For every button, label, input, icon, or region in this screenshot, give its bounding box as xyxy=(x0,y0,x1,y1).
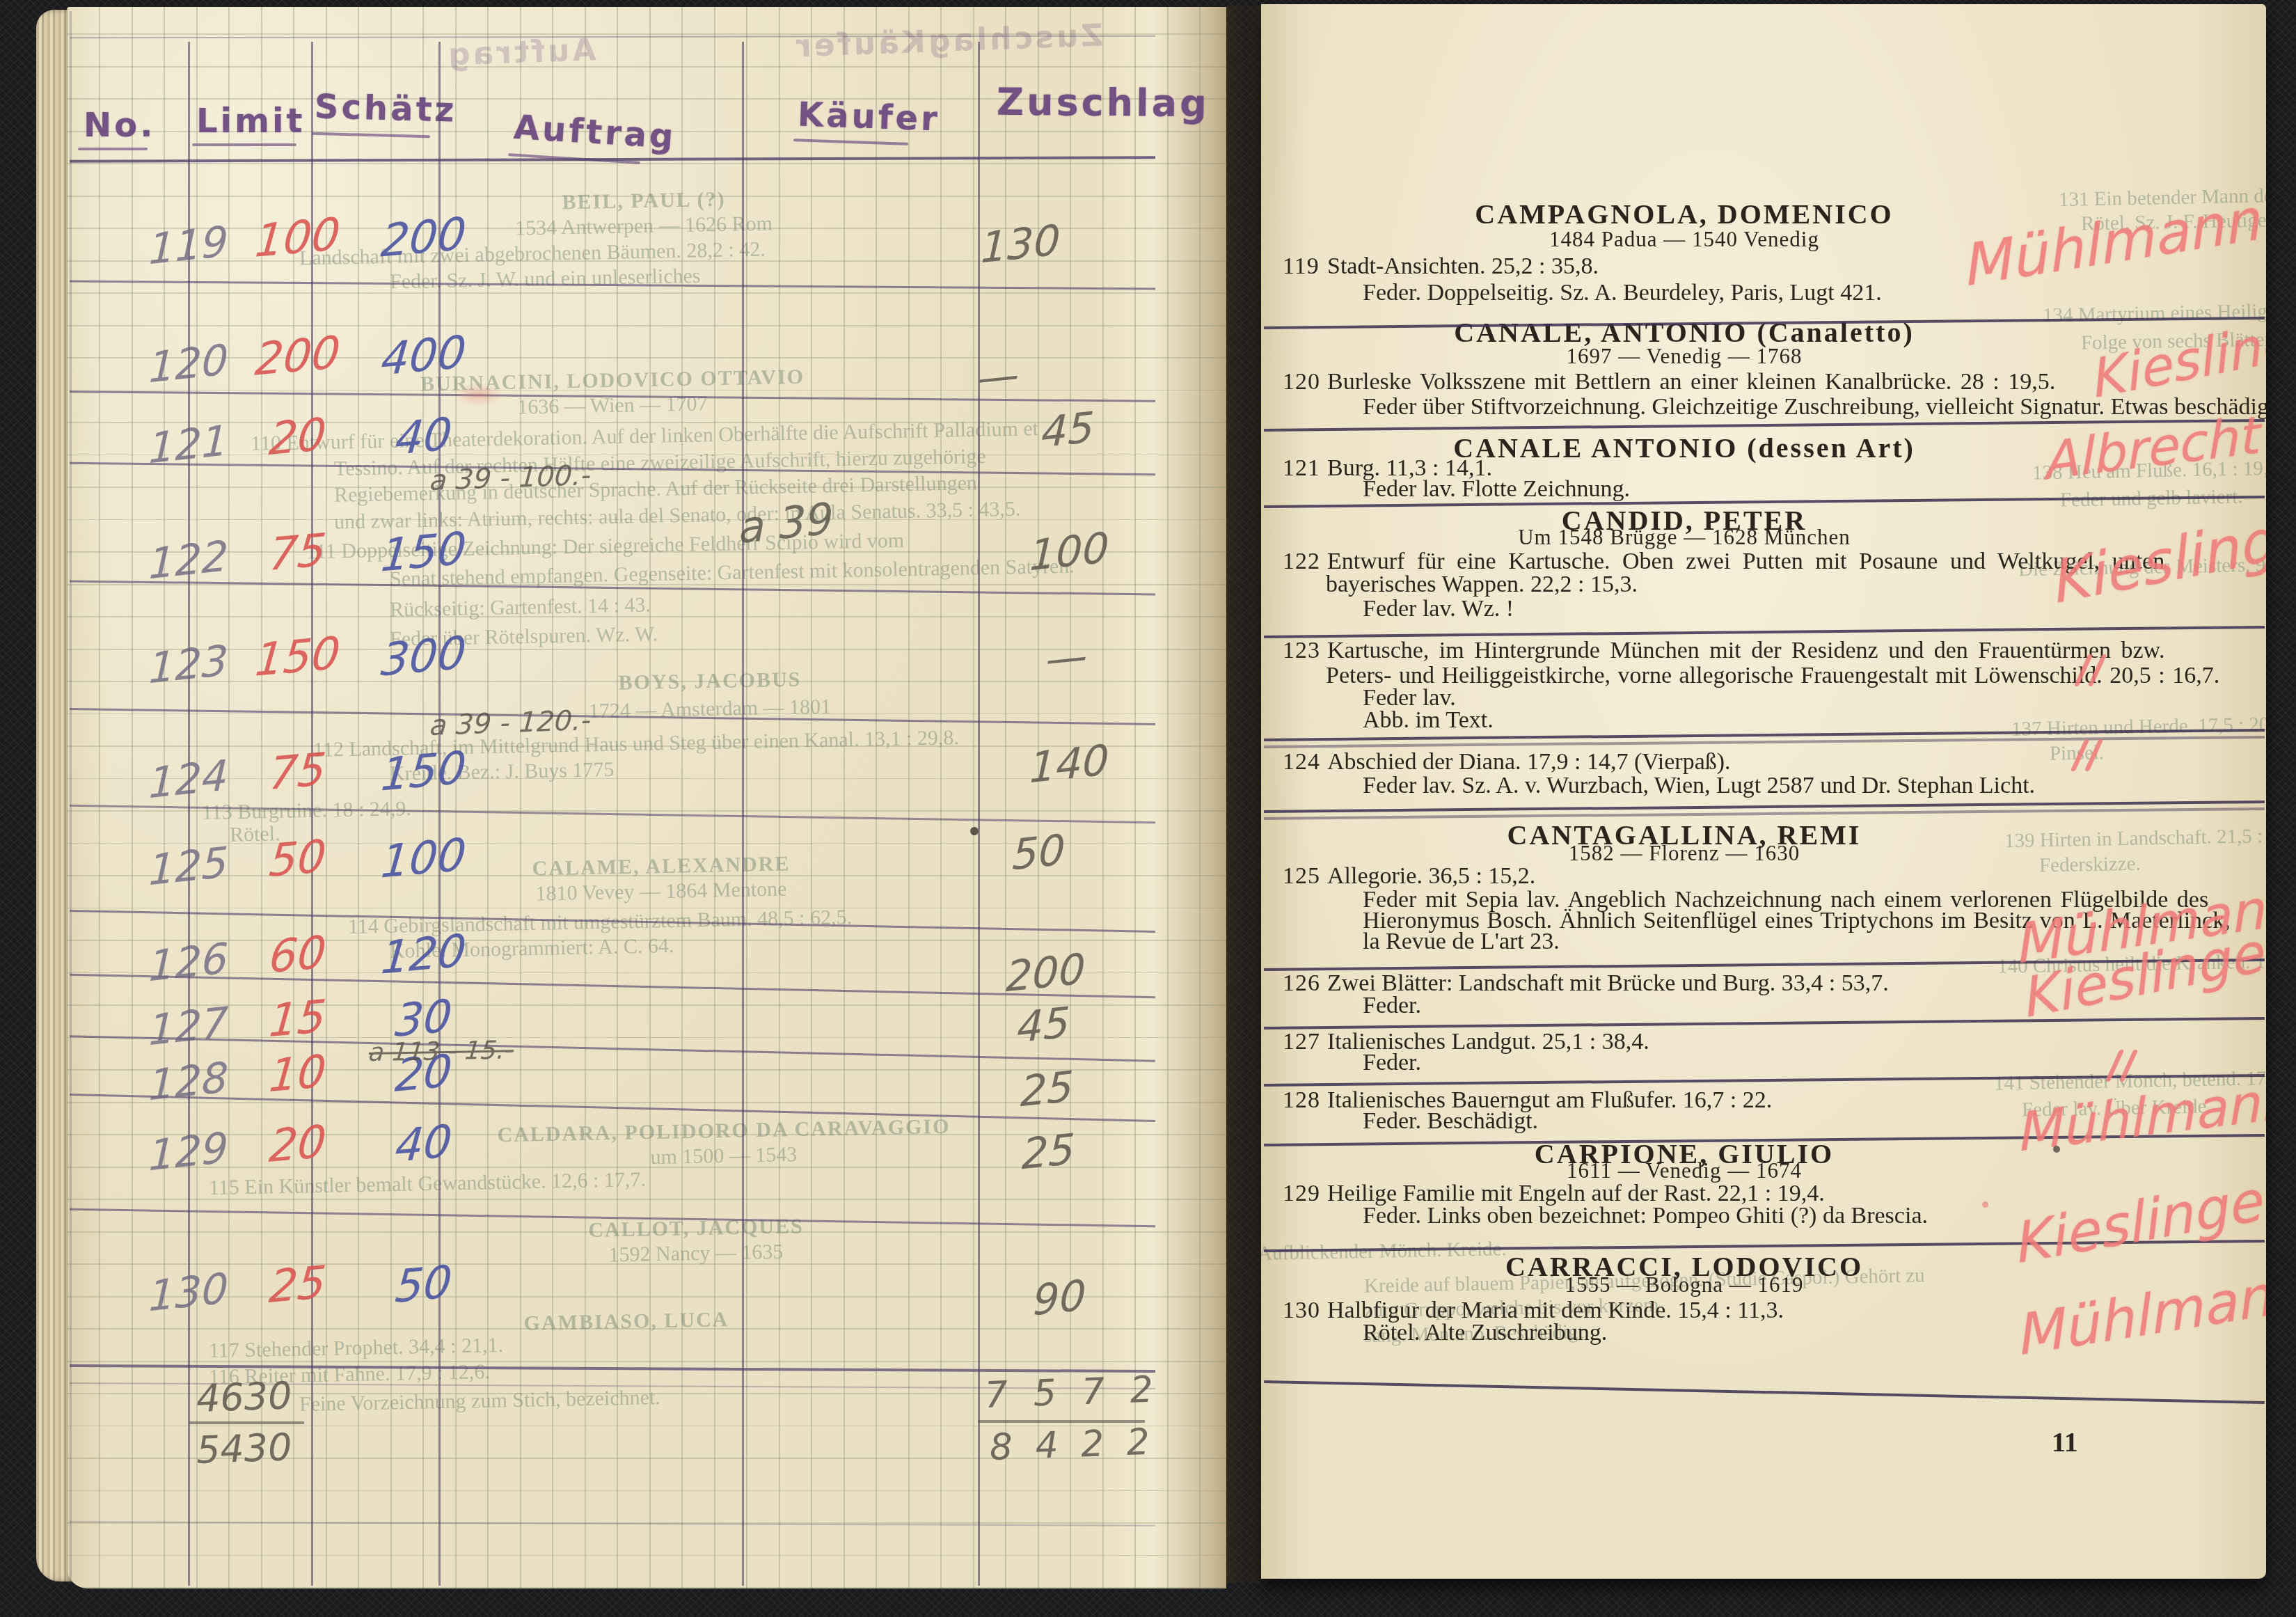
buyer-name: Kieslinger xyxy=(2052,494,2266,617)
limit-value: 20 xyxy=(226,405,370,469)
estimate-value: 120 xyxy=(349,922,499,987)
auftrag-annotation: a 113 - 15.- xyxy=(367,1036,515,1067)
lot-number: 120 xyxy=(148,336,229,393)
ledger-column-rule xyxy=(311,42,313,1586)
hammer-price: 45 xyxy=(977,994,1110,1057)
lot-number: 123 xyxy=(148,636,229,694)
limit-value: 25 xyxy=(226,1253,370,1317)
auftrag-annotation: a 39 xyxy=(739,493,834,554)
ledger-column-rule xyxy=(978,42,980,1586)
photo-of-open-auction-ledger: BEIL, PAUL (?)1534 Antwerpen — 1626 RomL… xyxy=(0,0,2296,1617)
column-header: No. xyxy=(84,106,155,145)
limit-total: 4630 xyxy=(196,1373,293,1421)
column-header-underline xyxy=(312,132,430,138)
zuschlag-total-corrected: 8 4 2 2 xyxy=(989,1421,1156,1469)
ledger-column-rule xyxy=(70,11,72,1586)
limit-value: 10 xyxy=(226,1042,370,1106)
column-header-underline xyxy=(78,148,148,150)
column-header: Auftrag xyxy=(513,108,678,157)
ledger-table: No.LimitSchätzAuftragKäuferZuschlag11910… xyxy=(67,7,1226,1588)
auftrag-annotation: a 39 - 120.- xyxy=(429,704,592,742)
ink-blot xyxy=(970,827,979,835)
column-header-underline xyxy=(793,139,908,145)
lot-number: 129 xyxy=(148,1123,229,1181)
ditto-mark xyxy=(2081,654,2113,689)
limit-total-corrected: 5430 xyxy=(196,1425,293,1472)
red-crayon-speck xyxy=(1982,1201,1988,1208)
ledger-row-rule xyxy=(70,910,1155,933)
lot-number: 128 xyxy=(148,1053,229,1111)
hammer-price: 45 xyxy=(1001,399,1134,462)
hammer-price: 25 xyxy=(981,1058,1114,1121)
ledger-column-rule xyxy=(188,42,190,1586)
estimate-value: 200 xyxy=(349,205,499,270)
binding-gutter-shadow xyxy=(1226,6,1261,1583)
lot-number: 119 xyxy=(148,217,229,275)
lot-number: 124 xyxy=(148,751,229,809)
auftrag-annotation: a 39 - 100.- xyxy=(429,459,592,497)
hammer-price: 90 xyxy=(993,1267,1126,1330)
limit-value: 75 xyxy=(226,521,370,585)
column-header: Schätz xyxy=(314,87,457,129)
buyer-name: Mühlmann xyxy=(1965,186,2265,299)
lot-number: 130 xyxy=(148,1264,229,1322)
limit-value: 100 xyxy=(226,206,370,270)
red-pencil-smudge xyxy=(454,383,502,407)
column-header: Zuschlag xyxy=(997,80,1210,126)
ditto-mark xyxy=(2112,1050,2144,1084)
lot-number: 126 xyxy=(148,934,229,992)
hammer-price: 50 xyxy=(972,821,1105,885)
buyer-annotations: MühlmannKieslingerAlbrechtKieslingerMühl… xyxy=(1261,4,2266,1579)
hammer-price: 100 xyxy=(1003,521,1136,584)
limit-value: 200 xyxy=(226,324,370,388)
estimate-value: 40 xyxy=(349,404,499,469)
estimate-value: 150 xyxy=(349,739,499,804)
estimate-value: 40 xyxy=(349,1112,499,1176)
hammer-price: 25 xyxy=(982,1121,1115,1184)
estimate-value: 150 xyxy=(349,520,499,585)
total-underline xyxy=(189,1421,304,1424)
column-header: Käufer xyxy=(797,95,941,139)
column-header-underline xyxy=(192,143,296,146)
estimate-value: 100 xyxy=(349,826,499,891)
buyer-name: Kieslinger xyxy=(2015,1164,2266,1277)
printed-catalog-page: 131 Ein betender Mann derRötel. Sz. J. F… xyxy=(1261,4,2266,1579)
ledger-column-rule xyxy=(742,42,744,1586)
ledger-row-rule xyxy=(70,1364,1155,1373)
page-number: 11 xyxy=(2052,1426,2078,1458)
limit-value: 50 xyxy=(226,827,370,891)
lot-number: 121 xyxy=(148,416,229,474)
ink-speck xyxy=(2053,1146,2060,1153)
lot-number: 125 xyxy=(148,838,229,896)
limit-value: 75 xyxy=(226,740,370,804)
ditto-mark xyxy=(2077,739,2109,774)
limit-value: 20 xyxy=(226,1112,370,1176)
ledger-row-rule xyxy=(70,281,1155,290)
limit-value: 150 xyxy=(226,625,370,689)
limit-value: 60 xyxy=(226,923,370,987)
hammer-price: 130 xyxy=(954,213,1087,276)
lot-number: 122 xyxy=(148,532,229,590)
estimate-value: 50 xyxy=(349,1252,499,1317)
buyer-name: Kieslinger xyxy=(2091,299,2266,411)
ledger-row-rule xyxy=(70,1521,1155,1526)
ledger-row-rule xyxy=(70,36,1155,39)
buyer-name: Mühlmann xyxy=(2018,1257,2266,1368)
estimate-value: 300 xyxy=(349,624,499,689)
estimate-value: 400 xyxy=(349,324,499,388)
ledger-row-rule xyxy=(70,805,1155,824)
ledger-row-rule xyxy=(70,708,1155,725)
hammer-price: 140 xyxy=(1003,733,1136,796)
buyer-name: Albrecht xyxy=(2045,405,2261,491)
lot-number: 127 xyxy=(148,998,229,1056)
ledger-row-rule xyxy=(70,1208,1155,1228)
ledger-interleaf-page: BEIL, PAUL (?)1534 Antwerpen — 1626 RomL… xyxy=(67,7,1226,1588)
ledger-column-rule xyxy=(438,42,441,1586)
zuschlag-total: 7 5 7 2 xyxy=(984,1368,1161,1417)
hammer-price: — xyxy=(1000,626,1133,690)
column-header: Limit xyxy=(196,102,305,141)
